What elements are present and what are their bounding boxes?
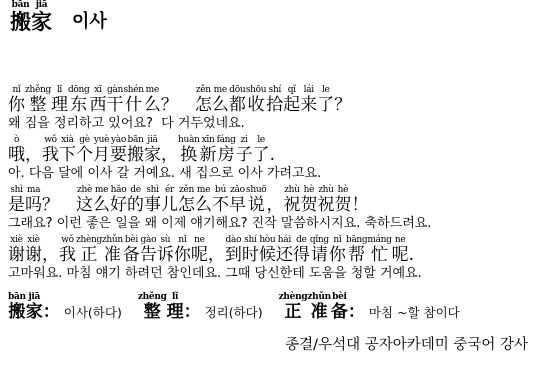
hanzi-char: 搬bān (8, 302, 26, 322)
dialog-1-hanzi-line: 你nǐ整zhěng理lǐ东dōng西xī干gàn什shén么me？ 怎zěn么m… (8, 85, 540, 115)
hanzi-char: 么me (212, 95, 229, 115)
hanzi-char: ， (266, 195, 283, 215)
hanzi-char: ？ (334, 95, 351, 115)
pinyin-annotation: shì (144, 185, 161, 195)
pinyin-annotation: hè (334, 185, 351, 195)
hanzi-char: . (270, 145, 275, 165)
pinyin-annotation: lái (300, 85, 317, 95)
pinyin-annotation: ò (8, 135, 25, 145)
pinyin-annotation: xīn (200, 135, 217, 145)
pinyin-annotation: ne (191, 235, 208, 245)
hanzi-char: 拾shí (266, 95, 283, 115)
vocab-zhengzhunbei-hanzi-ruby: 正zhèng准zhǔn备bèi： (279, 302, 365, 322)
hanzi-char: 么me (144, 95, 161, 115)
hanzi-char: 月yuè (93, 145, 110, 165)
hanzi-char: 得de (293, 245, 310, 265)
hanzi-char: 什shén (123, 95, 143, 115)
pinyin-annotation: nǐ (8, 85, 25, 95)
pinyin-annotation: nǐ (174, 235, 191, 245)
pinyin-annotation: dōu (229, 85, 246, 95)
hanzi-char: 来lái (300, 95, 317, 115)
hanzi-char: 理lǐ (167, 302, 184, 322)
vocab-item-zhengzhunbei: 正zhèng准zhǔn备bèi：마침 ~할 참이다 (279, 292, 460, 322)
hanzi-char: 起qǐ (283, 95, 300, 115)
pinyin-annotation: gàn (106, 85, 123, 95)
hanzi-char: 诉sù (157, 245, 174, 265)
pinyin-annotation: zěn (178, 185, 195, 195)
vocab-zhengli-korean: 정리(하다) (205, 305, 263, 320)
pinyin-annotation: bān (127, 135, 144, 145)
hanzi-char: 下xià (59, 145, 76, 165)
pinyin-annotation: zhěng (25, 85, 51, 95)
hanzi-char: ， (208, 245, 225, 265)
pinyin-annotation: zhè (76, 185, 93, 195)
dialog-2-korean-line: 아. 다음 달에 이사 갈 거예요. 새 집으로 이사 가려고요. (8, 167, 540, 181)
pinyin-annotation: shuō (246, 185, 266, 195)
dialog-1-korean-line: 왜 짐을 정리하고 있어요? 다 거두었네요. (8, 117, 540, 131)
dialog-3-hanzi-line: 是shì吗ma？ 这zhè么me好hǎo的de事shì儿ér怎zěn么me不bú… (8, 185, 540, 215)
pinyin-annotation: xiè (25, 235, 42, 245)
hanzi-char: 准zhǔn (307, 302, 331, 322)
worksheet-page: 搬bān家jiā이사 你nǐ整zhěng理lǐ东dōng西xī干gàn什shén… (0, 0, 540, 370)
hanzi-char: ， (42, 245, 59, 265)
hanzi-char: 呢ne (191, 245, 208, 265)
pinyin-annotation: me (212, 85, 229, 95)
pinyin-annotation: xī (89, 85, 106, 95)
hanzi-char: 怎zěn (178, 195, 195, 215)
pinyin-annotation: bān (8, 292, 26, 302)
hanzi-char: 请qǐng (310, 245, 329, 265)
hanzi-char: 了le (253, 145, 270, 165)
pinyin-annotation: shí (266, 85, 283, 95)
hanzi-char: 你nǐ (329, 245, 346, 265)
footer-credit: 종결/우석대 공자아카데미 중국어 강사 (0, 333, 540, 354)
hanzi-char: 贺hè (300, 195, 317, 215)
hanzi-char: 谢xiè (25, 245, 42, 265)
pinyin-annotation: wǒ (42, 135, 59, 145)
vocab-zhengli-hanzi-ruby: 整zhěng理lǐ： (138, 302, 201, 322)
pinyin-annotation: zhù (283, 185, 300, 195)
hanzi-char: ！ (351, 195, 368, 215)
pinyin-annotation: de (127, 185, 144, 195)
hanzi-char: 你nǐ (174, 245, 191, 265)
pinyin-annotation: bān (10, 0, 31, 10)
dialog-entry-3: 是shì吗ma？ 这zhè么me好hǎo的de事shì儿ér怎zěn么me不bú… (0, 185, 540, 231)
hanzi-char: 候hòu (259, 245, 276, 265)
title-hanzi-ruby: 搬bān家jiā (10, 9, 52, 34)
pinyin-annotation: ér (161, 185, 178, 195)
hanzi-char: 么me (195, 195, 212, 215)
hanzi-char: . (409, 245, 414, 265)
pinyin-annotation: xià (59, 135, 76, 145)
hanzi-char: 备bèi (331, 302, 348, 322)
hanzi-char (59, 195, 76, 215)
pinyin-annotation: hǎo (110, 185, 127, 195)
pinyin-annotation: shí (242, 235, 259, 245)
hanzi-char: 都dōu (229, 95, 246, 115)
hanzi-char: 帮bāng (346, 245, 368, 265)
pinyin-annotation: me (93, 185, 110, 195)
vocab-banjia-korean: 이사(하다) (64, 305, 122, 320)
pinyin-annotation: fáng (217, 135, 236, 145)
hanzi-char (178, 95, 195, 115)
hanzi-char: 家jiā (31, 9, 52, 34)
hanzi-char: 说shuō (246, 195, 266, 215)
pinyin-annotation: wǒ (59, 235, 76, 245)
hanzi-char: 了le (317, 95, 334, 115)
hanzi-char: 祝zhù (283, 195, 300, 215)
hanzi-char: 整zhěng (25, 95, 51, 115)
pinyin-annotation: yuè (93, 135, 110, 145)
vocab-banjia-hanzi-ruby: 搬bān家jiā： (8, 302, 60, 322)
pinyin-annotation: máng (367, 235, 391, 245)
pinyin-annotation: yào (110, 135, 127, 145)
hanzi-char: 家jiā (26, 302, 43, 322)
hanzi-char: 儿ér (161, 195, 178, 215)
pinyin-annotation: sù (157, 235, 174, 245)
vocab-zhengzhunbei-korean: 마침 ~할 참이다 (369, 305, 460, 320)
hanzi-char: 的de (127, 195, 144, 215)
hanzi-char: 时shí (242, 245, 259, 265)
hanzi-char: 我wǒ (42, 145, 59, 165)
hanzi-char: 么me (93, 195, 110, 215)
hanzi-char: 事shì (144, 195, 161, 215)
hanzi-char: 还hái (276, 245, 293, 265)
pinyin-annotation: zi (236, 135, 253, 145)
vocab-item-zhengli: 整zhěng理lǐ：정리(하다) (138, 292, 263, 322)
hanzi-char: 你nǐ (8, 95, 25, 115)
dialog-entry-2: 哦ò，我wǒ下xià个gè月yuè要yào搬bān家jiā，换huàn新xīn房… (0, 135, 540, 181)
hanzi-char: ， (25, 145, 42, 165)
pinyin-annotation: xiè (8, 235, 25, 245)
pinyin-annotation: de (293, 235, 310, 245)
hanzi-char: 房fáng (217, 145, 236, 165)
pinyin-annotation: hè (300, 185, 317, 195)
pinyin-annotation: me (195, 185, 212, 195)
dialog-2-hanzi-line: 哦ò，我wǒ下xià个gè月yuè要yào搬bān家jiā，换huàn新xīn房… (8, 135, 540, 165)
hanzi-char: 换huàn (178, 145, 200, 165)
hanzi-char: 吗ma (25, 195, 42, 215)
pinyin-annotation: zhǔn (102, 235, 123, 245)
vocab-item-banjia: 搬bān家jiā：이사(하다) (8, 292, 122, 322)
pinyin-annotation: dào (225, 235, 242, 245)
hanzi-char: 早zǎo (229, 195, 246, 215)
pinyin-annotation: me (144, 85, 161, 95)
pinyin-annotation: qǐng (310, 235, 329, 245)
hanzi-char: ： (184, 302, 201, 322)
pinyin-annotation: bèi (123, 235, 140, 245)
dialog-4-korean-line: 고마워요. 마침 얘기 하려던 참인데요. 그때 당신한테 도움을 청할 거예요… (8, 267, 540, 281)
hanzi-char: 怎zěn (195, 95, 212, 115)
pinyin-annotation: lǐ (51, 85, 68, 95)
hanzi-char: 东dōng (68, 95, 90, 115)
pinyin-annotation: zǎo (229, 185, 246, 195)
hanzi-char: 我wǒ (59, 245, 76, 265)
pinyin-annotation: dōng (68, 85, 90, 95)
pinyin-annotation: zhěng (138, 292, 167, 302)
pinyin-annotation: jiā (31, 0, 52, 10)
pinyin-annotation: qǐ (283, 85, 300, 95)
hanzi-char: 是shì (8, 195, 25, 215)
hanzi-char: 整zhěng (138, 302, 167, 322)
pinyin-annotation: shén (123, 85, 143, 95)
hanzi-char: ： (348, 302, 365, 322)
hanzi-char: 贺hè (334, 195, 351, 215)
hanzi-char: 理lǐ (51, 95, 68, 115)
pinyin-annotation: ne (392, 235, 409, 245)
hanzi-char: 收shōu (246, 95, 266, 115)
pinyin-annotation: ma (25, 185, 42, 195)
pinyin-annotation: zhèng (279, 292, 308, 302)
hanzi-char: 备bèi (123, 245, 140, 265)
hanzi-char: 正zhèng (76, 245, 102, 265)
vocab-section: 搬bān家jiā：이사(하다) 整zhěng理lǐ：정리(하다) 正zhèng准… (0, 292, 540, 322)
pinyin-annotation: hòu (259, 235, 276, 245)
pinyin-annotation: lǐ (167, 292, 184, 302)
hanzi-char: 搬bān (127, 145, 144, 165)
hanzi-char: 干gàn (106, 95, 123, 115)
pinyin-annotation: hái (276, 235, 293, 245)
hanzi-char: 好hǎo (110, 195, 127, 215)
pinyin-annotation: bèi (331, 292, 348, 302)
dialog-section: 你nǐ整zhěng理lǐ东dōng西xī干gàn什shén么me？ 怎zěn么m… (0, 85, 540, 282)
hanzi-char: 呢ne (392, 245, 409, 265)
hanzi-char: 准zhǔn (102, 245, 123, 265)
dialog-entry-4: 谢xiè谢xiè，我wǒ正zhèng准zhǔn备bèi告gào诉sù你nǐ呢ne… (0, 235, 540, 281)
hanzi-char: 搬bān (10, 9, 31, 34)
pinyin-annotation: le (253, 135, 270, 145)
pinyin-annotation: le (317, 85, 334, 95)
hanzi-char: 到dào (225, 245, 242, 265)
hanzi-char: 新xīn (200, 145, 217, 165)
dialog-entry-1: 你nǐ整zhěng理lǐ东dōng西xī干gàn什shén么me？ 怎zěn么m… (0, 85, 540, 131)
pinyin-annotation: gào (140, 235, 157, 245)
pinyin-annotation: huàn (178, 135, 200, 145)
pinyin-annotation: jiā (144, 135, 161, 145)
pinyin-annotation: zhèng (76, 235, 102, 245)
hanzi-char: 这zhè (76, 195, 93, 215)
hanzi-char: ？ (161, 95, 178, 115)
hanzi-char: ： (43, 302, 60, 322)
pinyin-annotation: bú (212, 185, 229, 195)
pinyin-annotation: shōu (246, 85, 266, 95)
pinyin-annotation: jiā (26, 292, 43, 302)
hanzi-char: 正zhèng (279, 302, 308, 322)
pinyin-annotation: zhù (317, 185, 334, 195)
hanzi-char: ？ (42, 195, 59, 215)
hanzi-char: 哦ò (8, 145, 25, 165)
pinyin-annotation: zhǔn (307, 292, 331, 302)
hanzi-char: 要yào (110, 145, 127, 165)
pinyin-annotation: nǐ (329, 235, 346, 245)
title-korean: 이사 (72, 11, 107, 32)
hanzi-char: 忙máng (367, 245, 391, 265)
pinyin-annotation: shì (8, 185, 25, 195)
hanzi-char: 西xī (89, 95, 106, 115)
hanzi-char: 家jiā (144, 145, 161, 165)
dialog-3-korean-line: 그래요? 이런 좋은 일을 왜 이제 얘기해요? 진작 말씀하시지요. 축하드려… (8, 217, 540, 231)
hanzi-char: 子zi (236, 145, 253, 165)
hanzi-char: 个gè (76, 145, 93, 165)
title-block: 搬bān家jiā이사 (0, 0, 540, 33)
pinyin-annotation: bāng (346, 235, 368, 245)
hanzi-char: 告gào (140, 245, 157, 265)
hanzi-char: 祝zhù (317, 195, 334, 215)
hanzi-char: 谢xiè (8, 245, 25, 265)
pinyin-annotation: gè (76, 135, 93, 145)
pinyin-annotation: zěn (195, 85, 212, 95)
hanzi-char: ， (161, 145, 178, 165)
hanzi-char: 不bú (212, 195, 229, 215)
dialog-4-hanzi-line: 谢xiè谢xiè，我wǒ正zhèng准zhǔn备bèi告gào诉sù你nǐ呢ne… (8, 235, 540, 265)
